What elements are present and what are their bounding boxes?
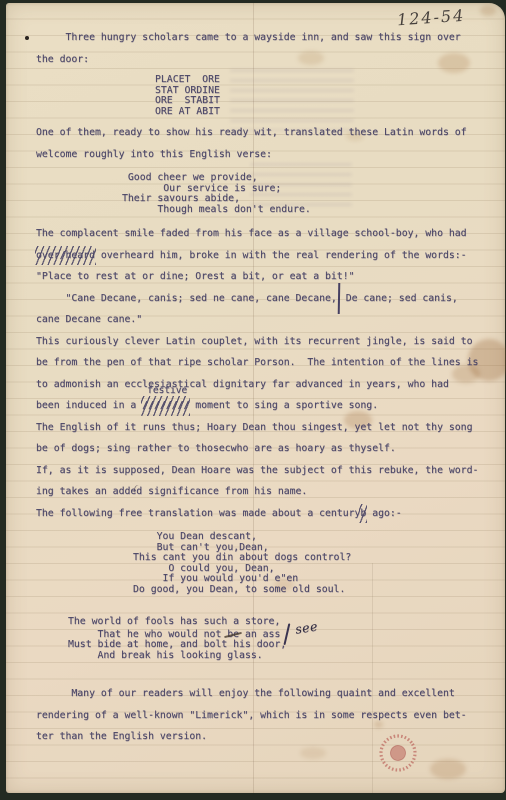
typed-text: ago:- [366, 508, 401, 519]
typed-line: be of dogs; sing rather to thosecwho are… [36, 438, 500, 460]
typed-text: moment to sing a sportive song. [189, 400, 378, 411]
typed-text: De cane; sed canis, [340, 293, 458, 304]
typed-text: O could you, Dean, [133, 563, 275, 574]
typed-text: the door: [36, 54, 89, 65]
typed-line: The world of fools has such a store, [68, 617, 500, 628]
typed-line: welcome roughly into this English verse: [36, 144, 500, 166]
handwritten-see-note: see [295, 621, 319, 635]
typed-text: PLACET ORE [155, 74, 220, 85]
paragraph-block: If, as it is supposed, Dean Hoare was th… [36, 460, 500, 503]
typed-line: This curiously clever Latin couplet, wit… [36, 331, 500, 353]
typed-line: "Place to rest at or dine; Orest a bit, … [36, 266, 500, 288]
typed-text: If you would you'd e"en [133, 573, 298, 584]
verse-block: You Dean descant, But can't you,Dean,Thi… [133, 532, 500, 595]
typed-text: ORE STABIT [155, 95, 220, 106]
typed-text: welcome roughly into this English verse: [36, 149, 272, 160]
typed-text: And break his looking glass. [68, 650, 263, 661]
typed-text: "Cane Decane, canis; sed ne cane, cane D… [36, 293, 337, 304]
photo-background: 124-54 Three hungry scholars came to a w… [0, 0, 506, 800]
typed-text: That he who would not [68, 629, 227, 640]
document-page: 124-54 Three hungry scholars came to a w… [6, 3, 505, 793]
struck-out-word: b [360, 503, 366, 525]
handwritten-catalog-number: 124-54 [396, 6, 465, 30]
paragraph-block: Many of our readers will enjoy the follo… [36, 683, 500, 748]
paragraph-block: The English of it runs thus; Hoary Dean … [36, 417, 500, 460]
typed-text: Do good, you Dean, to some old soul. [133, 584, 345, 595]
paragraph-block: The following free translation was made … [36, 503, 500, 525]
paragraph-block: The complacent smile faded from his face… [36, 223, 500, 288]
verse-block: Good cheer we provide, Our service is su… [122, 173, 500, 215]
typewritten-text: Three hungry scholars came to a wayside … [36, 27, 500, 748]
struck-out-word: over/heard [36, 245, 95, 267]
struck-out-word: //////// [142, 395, 189, 417]
typed-text: Must bide at home, and bolt his door, [68, 639, 286, 650]
typed-line: And break his looking glass. [68, 651, 500, 662]
typed-line: Three hungry scholars came to a wayside … [36, 27, 500, 49]
verse-block: The world of fools has such a store, Tha… [68, 617, 500, 661]
typed-line: rendering of a well-known "Limerick", wh… [36, 705, 500, 727]
pencil-struck-word: be [227, 630, 239, 641]
typed-text: The world of fools has such a store, [68, 616, 280, 627]
paragraph-block: One of them, ready to show his ready wit… [36, 122, 500, 165]
typed-text: Their savours abide, [122, 193, 240, 204]
typed-text: STAT ORDINE [155, 85, 220, 96]
typed-text: ter than the English version. [36, 731, 207, 742]
ink-divider-stroke [337, 300, 340, 301]
typed-line: been induced in a festive//////// moment… [36, 395, 500, 417]
paragraph-block: "Cane Decane, canis; sed ne cane, cane D… [36, 288, 500, 331]
typed-line: ORE AT ABIT [155, 107, 500, 118]
typed-line: Do good, you Dean, to some old soul. [133, 585, 500, 596]
typed-insertion-above: festive [147, 386, 187, 395]
typed-text: Good cheer we provide, [122, 172, 258, 183]
typed-text: This cant you din about dogs control? [133, 552, 351, 563]
typed-text: be from the pen of that ripe scholar Por… [36, 357, 478, 368]
typed-text: be of dogs; sing rather to thosecwho are… [36, 443, 396, 454]
typed-line: to admonish an ecclesiastical dignitary … [36, 374, 500, 396]
typed-line: be from the pen of that ripe scholar Por… [36, 352, 500, 374]
typed-line: The English of it runs thus; Hoary Dean … [36, 417, 500, 439]
typed-text: to admonish an ecclesiastical dignitary … [36, 379, 449, 390]
typed-line: The following free translation was made … [36, 503, 500, 525]
typed-text: ing takes an added significance from his… [36, 486, 307, 497]
paragraph-block: This curiously clever Latin couplet, wit… [36, 331, 500, 417]
ink-speck [25, 36, 29, 40]
typed-text: This curiously clever Latin couplet, wit… [36, 336, 472, 347]
typed-line: the door: [36, 49, 500, 71]
typed-text: been induced in a [36, 400, 142, 411]
typed-line: The complacent smile faded from his face… [36, 223, 500, 245]
typed-text: cane Decane cane." [36, 314, 142, 325]
typed-text: overheard him, broke in with the real re… [95, 250, 467, 261]
sign-block: PLACET ORESTAT ORDINEORE STABITORE AT AB… [155, 75, 500, 117]
typed-line: cane Decane cane." [36, 309, 500, 331]
typed-text: rendering of a well-known "Limerick", wh… [36, 710, 467, 721]
stain [430, 759, 466, 779]
typed-text: Many of our readers will enjoy the follo… [36, 688, 455, 699]
typed-text: The English of it runs thus; Hoary Dean … [36, 422, 472, 433]
stain [300, 747, 326, 759]
typed-text: The complacent smile faded from his face… [36, 228, 467, 239]
typed-line: One of them, ready to show his ready wit… [36, 122, 500, 144]
typed-line: ter than the English version. [36, 726, 500, 748]
corrected-word: festive//////// [142, 395, 189, 417]
typed-text: ORE AT ABIT [155, 106, 220, 117]
typed-text: an ass [239, 629, 280, 640]
typed-text: Our service is sure; [122, 183, 281, 194]
typed-text: The following free translation was made … [36, 508, 360, 519]
typed-text: If, as it is supposed, Dean Hoare was th… [36, 465, 478, 476]
typed-line: "Cane Decane, canis; sed ne cane, cane D… [36, 288, 500, 310]
typed-line: ing takes an added significance from his… [36, 481, 500, 503]
typed-text: "Place to rest at or dine; Orest a bit, … [36, 271, 355, 282]
typed-line: Though meals don't endure. [122, 205, 500, 216]
typed-text: Though meals don't endure. [122, 204, 311, 215]
stain [480, 5, 496, 16]
typed-text: But can't you,Dean, [133, 542, 269, 553]
typed-text: You Dean descant, [133, 531, 257, 542]
typed-line: over/heard overheard him, broke in with … [36, 245, 500, 267]
typed-line: If, as it is supposed, Dean Hoare was th… [36, 460, 500, 482]
typed-text: Three hungry scholars came to a wayside … [36, 32, 461, 43]
paragraph-block: Three hungry scholars came to a wayside … [36, 27, 500, 70]
typed-text: One of them, ready to show his ready wit… [36, 127, 467, 138]
typed-line: Many of our readers will enjoy the follo… [36, 683, 500, 705]
